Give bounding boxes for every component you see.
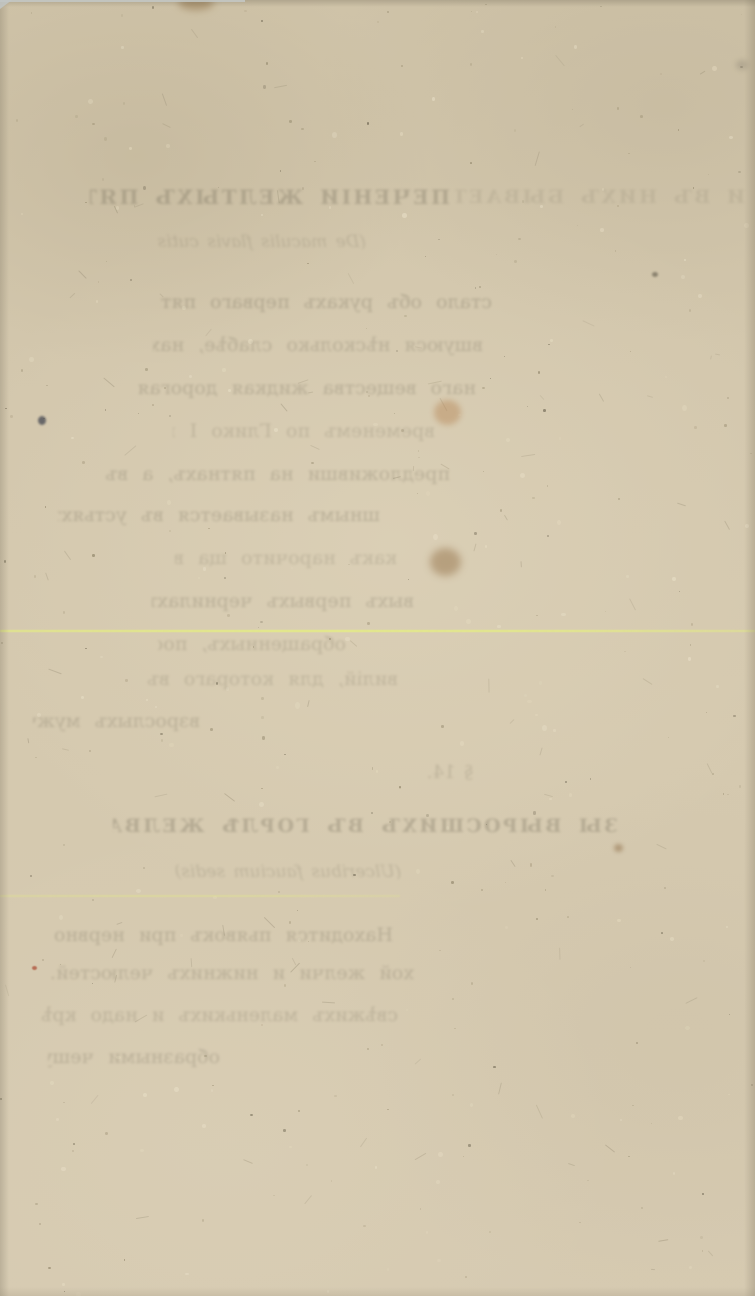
scanned-book-page: ПЕЧЕНІИ ЖЕЛТЫХЪ ПЯТЕНЪ НАРУЖНЫХЪ ЧАСТЕЙИ… (0, 0, 755, 1296)
highlight-lines-layer (0, 0, 755, 1296)
yellow-highlight-line-full (0, 630, 755, 632)
scanner-background-strip (0, 0, 245, 2)
yellow-highlight-line-faint (0, 895, 400, 897)
